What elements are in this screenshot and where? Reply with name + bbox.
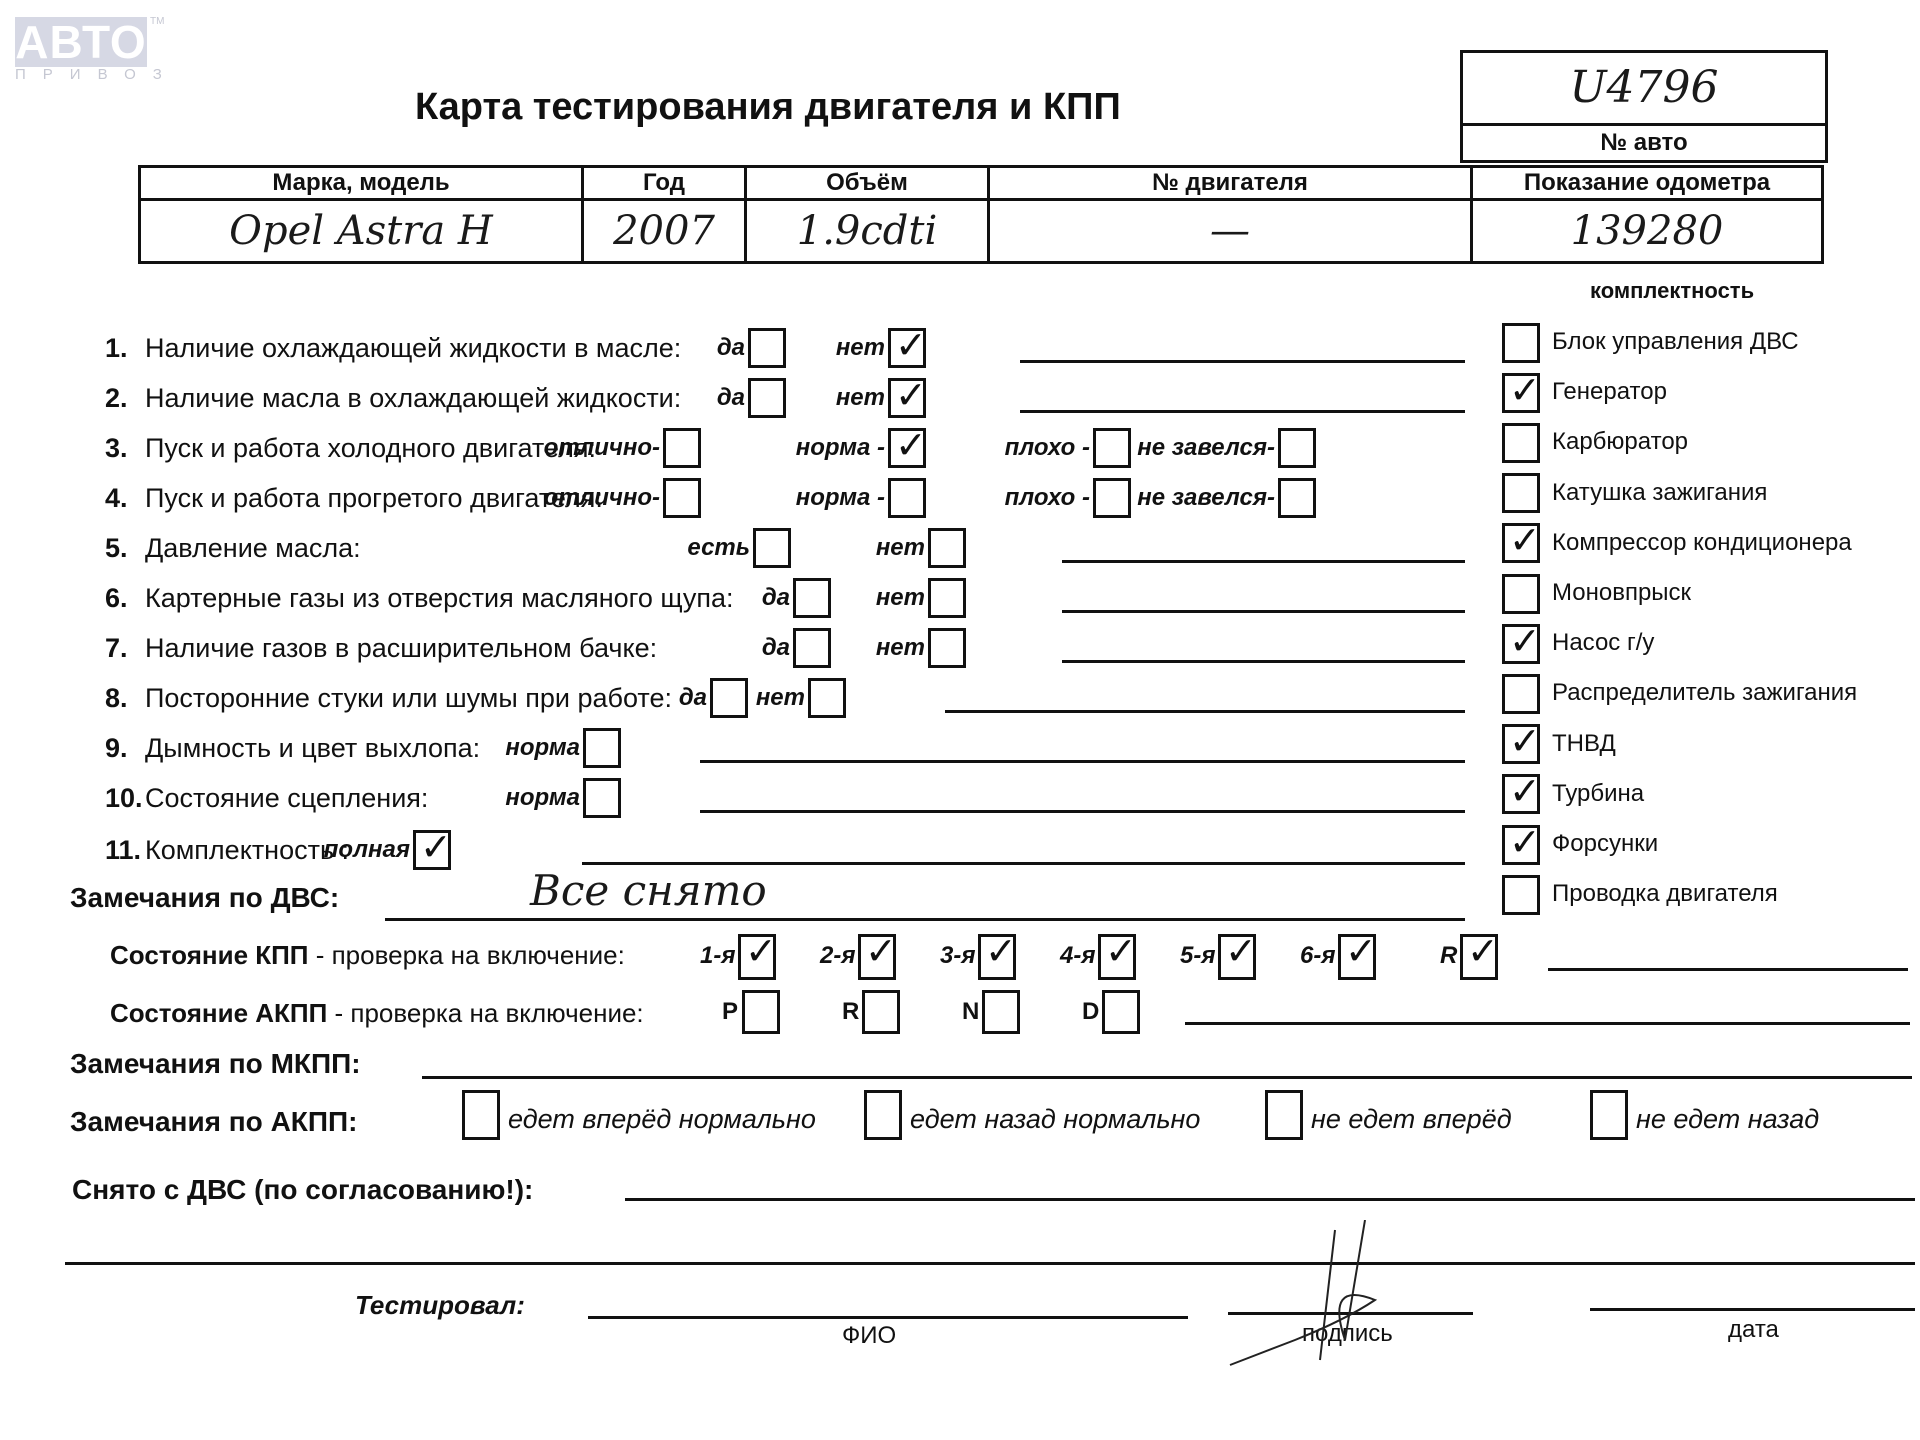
checkbox[interactable] [583, 728, 621, 768]
option-label: плохо - [1005, 484, 1090, 511]
option-label: да [717, 384, 745, 411]
col-year: Год [583, 167, 746, 200]
auto-remark-label: не едет назад [1636, 1104, 1819, 1135]
option-label: не завелся- [1137, 434, 1275, 461]
gear-label: N [962, 990, 979, 1034]
check-number: 1. [105, 326, 145, 370]
option-label: отлично- [544, 484, 660, 511]
engine-remarks-value[interactable]: Все снято [530, 866, 767, 915]
check-option: полная [324, 828, 410, 872]
completeness-label: Проводка двигателя [1552, 880, 1778, 907]
checkbox[interactable] [888, 378, 926, 418]
make-model-value[interactable]: Opel Astra H [140, 200, 583, 263]
completeness-label: Генератор [1552, 378, 1667, 405]
check-label: Картерные газы из отверстия масляного щу… [145, 583, 734, 613]
col-make-model: Марка, модель [140, 167, 583, 200]
completeness-item[interactable]: Моновпрыск [1502, 571, 1691, 615]
check-row-7: 7.Наличие газов в расширительном бачке: [105, 626, 657, 670]
checkbox[interactable] [888, 428, 926, 468]
gear-label: 2-я [820, 934, 855, 978]
manual-gearbox-label-rest: - проверка на включение: [309, 940, 625, 970]
check-remark-line[interactable] [700, 810, 1465, 813]
check-row-1: 1.Наличие охлаждающей жидкости в масле: [105, 326, 681, 370]
completeness-item[interactable]: Проводка двигателя [1502, 872, 1778, 916]
check-number: 2. [105, 376, 145, 420]
auto-remark-checkbox[interactable] [462, 1090, 500, 1140]
option-label: нет [756, 684, 805, 711]
option-label: да [717, 334, 745, 361]
completeness-title: комплектность [1590, 278, 1754, 304]
check-row-5: 5.Давление масла: [105, 526, 361, 570]
completeness-label: Форсунки [1552, 830, 1658, 857]
check-option: нет [756, 676, 805, 720]
manual-gearbox-label-bold: Состояние КПП [110, 940, 309, 970]
option-label: норма [505, 784, 580, 811]
completeness-item[interactable]: Компрессор кондиционера [1502, 521, 1852, 565]
completeness-label: Катушка зажигания [1552, 479, 1767, 506]
check-label: Наличие охлаждающей жидкости в масле: [145, 333, 681, 363]
gear-label: 1-я [700, 934, 735, 978]
completeness-item[interactable]: Распределитель зажигания [1502, 671, 1857, 715]
auto-gearbox-label-bold: Состояние АКПП [110, 998, 327, 1028]
manual-remarks-line[interactable] [422, 1076, 1912, 1079]
check-remark-line[interactable] [700, 760, 1465, 763]
gear-checkbox[interactable] [858, 934, 896, 980]
option-label: да [762, 634, 790, 661]
check-label: Давление масла: [145, 533, 361, 563]
logo-subtitle: ПРИВОЗ [15, 66, 155, 83]
completeness-label: Компрессор кондиционера [1552, 529, 1852, 556]
check-number: 3. [105, 426, 145, 470]
check-option: да [717, 376, 745, 420]
col-volume: Объём [746, 167, 989, 200]
checkbox[interactable] [928, 578, 966, 618]
checkbox[interactable] [1502, 574, 1540, 614]
date-caption: дата [1728, 1316, 1779, 1344]
gear-label: P [722, 990, 738, 1034]
gear-checkbox[interactable] [982, 990, 1020, 1034]
check-option: да [762, 626, 790, 670]
completeness-label: Насос г/у [1552, 629, 1654, 656]
option-label: норма [505, 734, 580, 761]
completeness-item[interactable]: Катушка зажигания [1502, 471, 1767, 515]
check-label: Состояние сцепления: [145, 783, 428, 813]
check-number: 8. [105, 676, 145, 720]
check-label: Пуск и работа холодного двигателя: [145, 433, 596, 463]
check-row-6: 6.Картерные газы из отверстия масляного … [105, 576, 734, 620]
checkbox[interactable] [1502, 724, 1540, 764]
auto-remark-label: едет назад нормально [910, 1104, 1200, 1135]
checkbox[interactable] [793, 628, 831, 668]
check-label: Комплектность : [145, 835, 349, 865]
check-label: Пуск и работа прогретого двигателя: [145, 483, 603, 513]
auto-number-box: U4796 № авто [1460, 50, 1828, 163]
checkbox[interactable] [1278, 478, 1316, 518]
check-option: да [717, 326, 745, 370]
check-option: не завелся- [1137, 426, 1275, 470]
completeness-label: ТНВД [1552, 730, 1616, 757]
volume-value[interactable]: 1.9cdti [746, 200, 989, 263]
auto-gearbox-label: Состояние АКПП - проверка на включение: [110, 998, 644, 1029]
auto-remark-checkbox[interactable] [1265, 1090, 1303, 1140]
option-label: да [762, 584, 790, 611]
option-label: нет [836, 334, 885, 361]
option-label: есть [687, 534, 750, 561]
engine-remarks-label: Замечания по ДВС: [70, 882, 339, 914]
checkbox[interactable] [1502, 473, 1540, 513]
checkbox[interactable] [1502, 423, 1540, 463]
check-number: 10. [105, 776, 145, 820]
auto-number-value[interactable]: U4796 [1463, 53, 1825, 126]
vehicle-info-table: Марка, модель Год Объём № двигателя Пока… [138, 165, 1824, 264]
option-label: нет [876, 634, 925, 661]
checkbox[interactable] [1502, 674, 1540, 714]
gear-label: R [842, 990, 859, 1034]
checkbox[interactable] [663, 478, 701, 518]
check-remark-line[interactable] [582, 862, 1465, 865]
auto-remark-checkbox[interactable] [864, 1090, 902, 1140]
check-option: нет [876, 576, 925, 620]
check-option: да [762, 576, 790, 620]
check-number: 5. [105, 526, 145, 570]
check-option: норма [505, 776, 580, 820]
auto-remark-label: едет вперёд нормально [508, 1104, 816, 1135]
completeness-label: Моновпрыск [1552, 579, 1691, 606]
check-row-11: 11.Комплектность : [105, 828, 349, 872]
gear-checkbox[interactable] [862, 990, 900, 1034]
col-odometer: Показание одометра [1472, 167, 1823, 200]
odometer-value[interactable]: 139280 [1472, 200, 1823, 263]
option-label: отлично- [544, 434, 660, 461]
auto-remarks-label: Замечания по АКПП: [70, 1106, 357, 1138]
checkbox[interactable] [748, 378, 786, 418]
gear-label: 3-я [940, 934, 975, 978]
checkbox[interactable] [1093, 428, 1131, 468]
manual-remarks-label: Замечания по МКПП: [70, 1048, 361, 1080]
check-option: плохо - [1005, 476, 1090, 520]
checkbox[interactable] [1502, 323, 1540, 363]
completeness-label: Турбина [1552, 780, 1644, 807]
gear-checkbox[interactable] [978, 934, 1016, 980]
gear-checkbox[interactable] [742, 990, 780, 1034]
manual-gearbox-line [1548, 968, 1908, 971]
gear-checkbox[interactable] [1102, 990, 1140, 1034]
auto-remark-label: не едет вперёд [1311, 1104, 1512, 1135]
check-option: норма [505, 726, 580, 770]
option-label: полная [324, 836, 410, 863]
option-label: норма - [796, 484, 885, 511]
check-remark-line[interactable] [1062, 610, 1465, 613]
check-number: 7. [105, 626, 145, 670]
completeness-label: Распределитель зажигания [1552, 679, 1857, 706]
checkbox[interactable] [710, 678, 748, 718]
manual-gearbox-label: Состояние КПП - проверка на включение: [110, 940, 625, 971]
check-option: нет [836, 376, 885, 420]
removed-label: Снято с ДВС (по согласованию!): [72, 1174, 533, 1206]
check-row-9: 9.Дымность и цвет выхлопа: [105, 726, 480, 770]
gear-label: 5-я [1180, 934, 1215, 978]
check-remark-line[interactable] [945, 710, 1465, 713]
completeness-item[interactable]: Форсунки [1502, 822, 1658, 866]
option-label: нет [876, 534, 925, 561]
check-number: 9. [105, 726, 145, 770]
check-option: отлично- [544, 426, 660, 470]
option-label: нет [836, 384, 885, 411]
completeness-item[interactable]: Блок управления ДВС [1502, 320, 1799, 364]
option-label: да [679, 684, 707, 711]
engine-remarks-line [385, 918, 1465, 921]
check-option: норма - [796, 476, 885, 520]
checkbox[interactable] [748, 328, 786, 368]
checkbox[interactable] [888, 328, 926, 368]
checkbox[interactable] [583, 778, 621, 818]
option-label: норма - [796, 434, 885, 461]
check-option: нет [876, 626, 925, 670]
check-option: не завелся- [1137, 476, 1275, 520]
checkbox[interactable] [1502, 373, 1540, 413]
check-row-8: 8.Посторонние стуки или шумы при работе: [105, 676, 672, 720]
tested-label: Тестировал: [355, 1290, 525, 1321]
engine-number-value[interactable]: — [989, 200, 1472, 263]
checkbox[interactable] [808, 678, 846, 718]
check-option: плохо - [1005, 426, 1090, 470]
signature-scribble-icon [1225, 1220, 1425, 1370]
checkbox[interactable] [413, 830, 451, 870]
checkbox[interactable] [1093, 478, 1131, 518]
gear-label: R [1440, 934, 1457, 978]
checkbox[interactable] [888, 478, 926, 518]
check-option: нет [876, 526, 925, 570]
checkbox[interactable] [663, 428, 701, 468]
check-row-10: 10.Состояние сцепления: [105, 776, 428, 820]
check-number: 11. [105, 828, 145, 872]
gear-checkbox[interactable] [1460, 934, 1498, 980]
checkbox[interactable] [1502, 523, 1540, 563]
completeness-item[interactable]: Генератор [1502, 370, 1667, 414]
check-row-2: 2.Наличие масла в охлаждающей жидкости: [105, 376, 681, 420]
check-option: есть [687, 526, 750, 570]
logo: АВТО [15, 17, 147, 67]
completeness-item[interactable]: Насос г/у [1502, 621, 1654, 665]
check-number: 6. [105, 576, 145, 620]
auto-gearbox-label-rest: - проверка на включение: [327, 998, 643, 1028]
check-label: Посторонние стуки или шумы при работе: [145, 683, 672, 713]
gear-label: 4-я [1060, 934, 1095, 978]
option-label: не завелся- [1137, 484, 1275, 511]
checkbox[interactable] [1278, 428, 1316, 468]
completeness-item[interactable]: ТНВД [1502, 722, 1616, 766]
auto-number-label: № авто [1463, 126, 1825, 160]
auto-gearbox-line [1185, 1022, 1910, 1025]
check-remark-line[interactable] [1020, 410, 1465, 413]
removed-line-2[interactable] [65, 1262, 1915, 1265]
check-option: норма - [796, 426, 885, 470]
logo-trademark: TM [150, 16, 164, 27]
gear-checkbox[interactable] [1218, 934, 1256, 980]
page-title: Карта тестирования двигателя и КПП [415, 86, 1121, 129]
gear-checkbox[interactable] [1338, 934, 1376, 980]
check-label: Дымность и цвет выхлопа: [145, 733, 480, 763]
gear-label: 6-я [1300, 934, 1335, 978]
option-label: плохо - [1005, 434, 1090, 461]
year-value[interactable]: 2007 [583, 200, 746, 263]
gear-label: D [1082, 990, 1099, 1034]
check-label: Наличие масла в охлаждающей жидкости: [145, 383, 681, 413]
option-label: нет [876, 584, 925, 611]
gear-checkbox[interactable] [738, 934, 776, 980]
completeness-label: Карбюратор [1552, 428, 1688, 455]
check-option: нет [836, 326, 885, 370]
check-option: отлично- [544, 476, 660, 520]
check-number: 4. [105, 476, 145, 520]
checkbox[interactable] [753, 528, 791, 568]
completeness-label: Блок управления ДВС [1552, 328, 1799, 355]
col-engine-number: № двигателя [989, 167, 1472, 200]
auto-remark-checkbox[interactable] [1590, 1090, 1628, 1140]
tester-name-line[interactable] [588, 1316, 1188, 1319]
removed-line-1[interactable] [625, 1198, 1915, 1201]
tester-name-caption: ФИО [842, 1322, 896, 1350]
checkbox[interactable] [793, 578, 831, 618]
check-row-3: 3.Пуск и работа холодного двигателя: [105, 426, 596, 470]
check-row-4: 4.Пуск и работа прогретого двигателя: [105, 476, 603, 520]
checkbox[interactable] [928, 628, 966, 668]
checkbox[interactable] [928, 528, 966, 568]
check-label: Наличие газов в расширительном бачке: [145, 633, 657, 663]
checkbox[interactable] [1502, 875, 1540, 915]
checkbox[interactable] [1502, 825, 1540, 865]
checkbox[interactable] [1502, 774, 1540, 814]
completeness-item[interactable]: Турбина [1502, 772, 1644, 816]
completeness-item[interactable]: Карбюратор [1502, 420, 1688, 464]
check-remark-line[interactable] [1062, 560, 1465, 563]
checkbox[interactable] [1502, 624, 1540, 664]
check-remark-line[interactable] [1020, 360, 1465, 363]
check-option: да [679, 676, 707, 720]
date-line[interactable] [1590, 1308, 1915, 1311]
gear-checkbox[interactable] [1098, 934, 1136, 980]
check-remark-line[interactable] [1062, 660, 1465, 663]
